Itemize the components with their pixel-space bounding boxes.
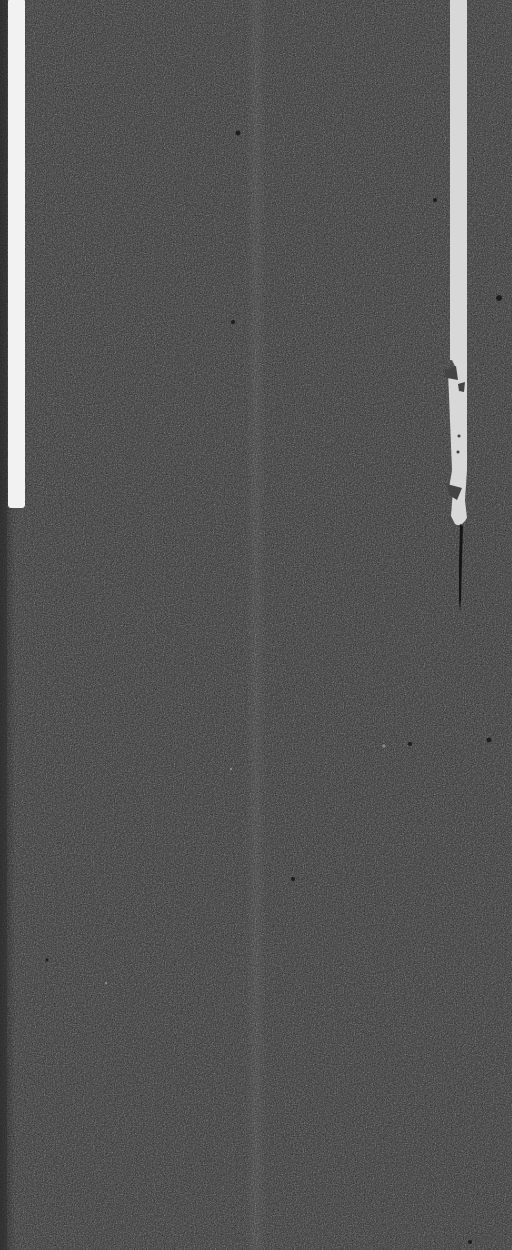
road-surface-image (0, 0, 512, 1250)
left-lane-marking (8, 0, 25, 508)
left-dark-edge (0, 0, 7, 1250)
asphalt-shading (0, 0, 512, 1250)
